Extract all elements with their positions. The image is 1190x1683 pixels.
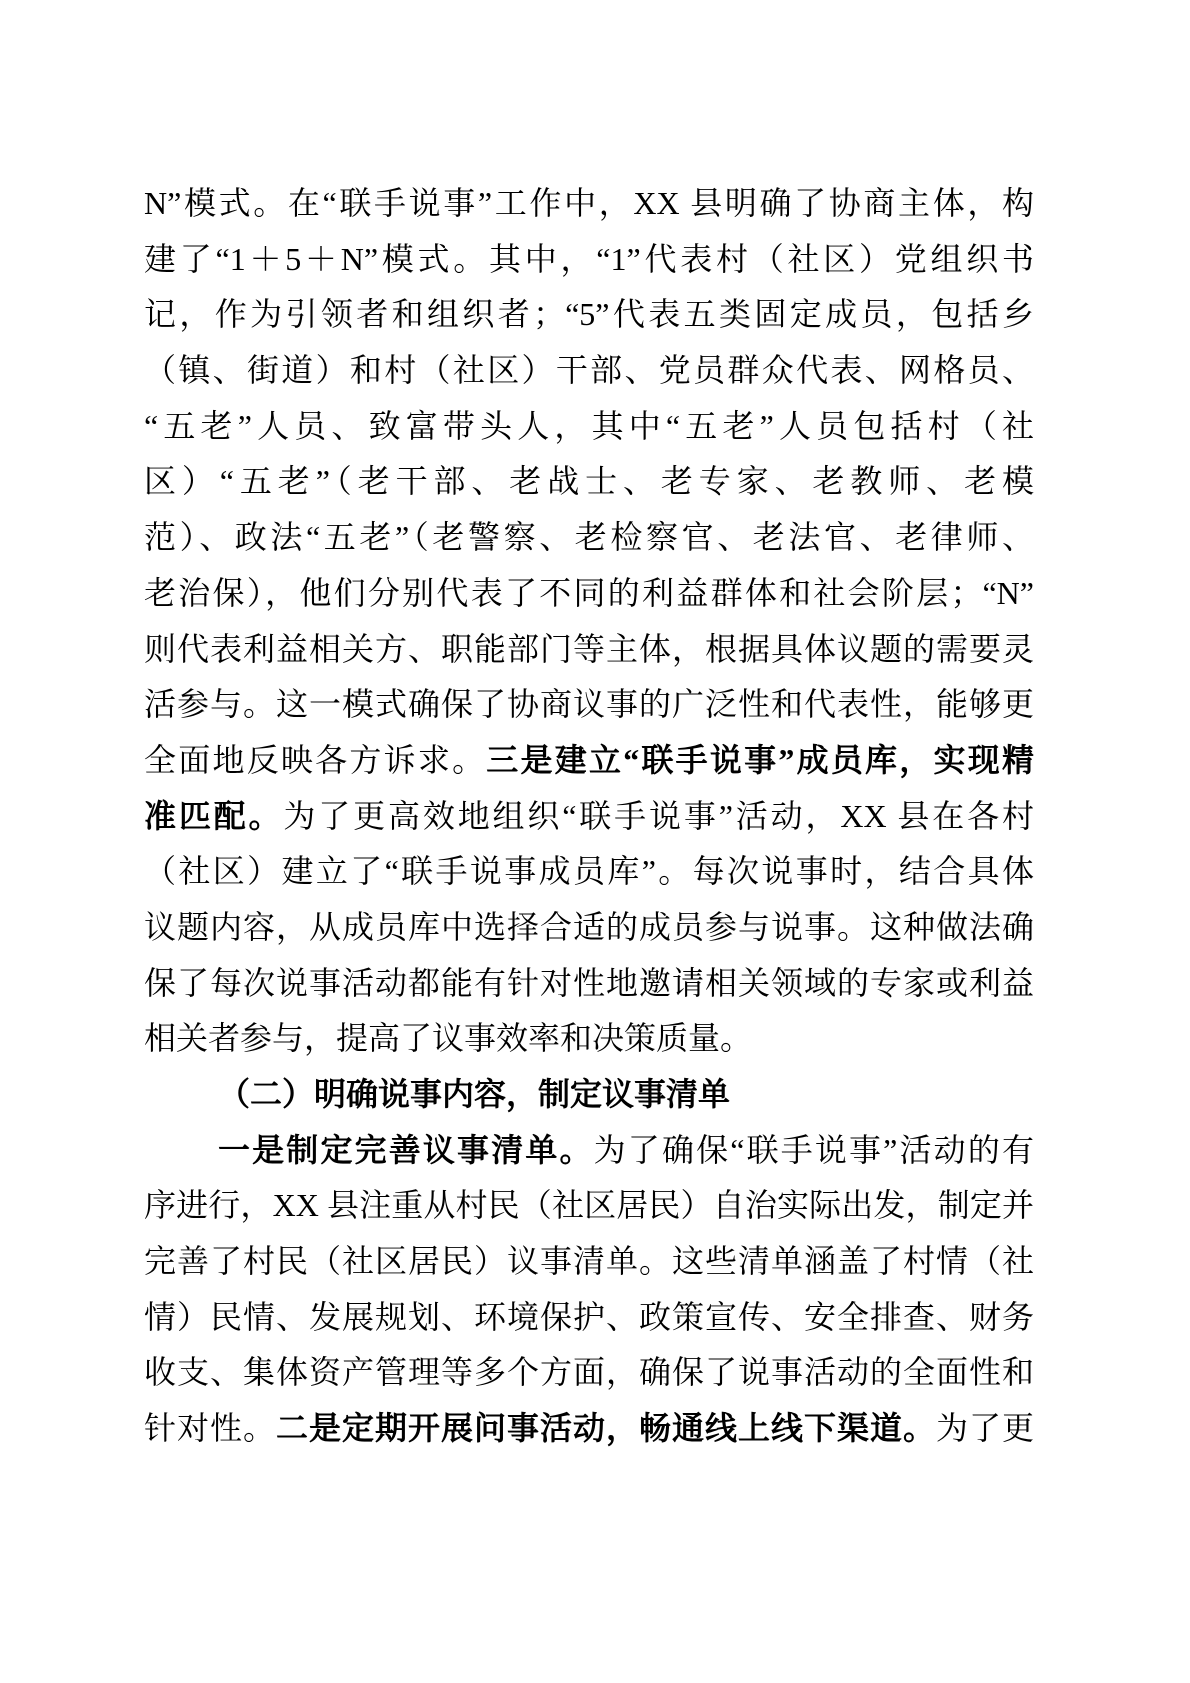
text-line: 建了“1＋5＋N”模式。其中，“1”代表村（社区）党组织书 [144, 232, 1034, 288]
text-line: 议题内容，从成员库中选择合适的成员参与说事。这种做法确 [144, 900, 1034, 956]
text-line: （社区）建立了“联手说事成员库”。每次说事时，结合具体 [144, 844, 1034, 900]
text-segment: 老治保），他们分别代表了不同的利益群体和社会阶层；“N” [144, 575, 1034, 611]
text-line: 序进行，XX 县注重从村民（社区居民）自治实际出发，制定并 [144, 1178, 1034, 1234]
text-line: 活参与。这一模式确保了协商议事的广泛性和代表性，能够更 [144, 677, 1034, 733]
text-line: 则代表利益相关方、职能部门等主体，根据具体议题的需要灵 [144, 622, 1034, 678]
text-segment: 为了更 [936, 1410, 1034, 1446]
text-segment: 全面地反映各方诉求。 [144, 742, 486, 778]
text-segment: 序进行，XX 县注重从村民（社区居民）自治实际出发，制定并 [144, 1187, 1034, 1223]
text-line: “五老”人员、致富带头人，其中“五老”人员包括村（社 [144, 399, 1034, 455]
document-body: N”模式。在“联手说事”工作中，XX 县明确了协商主体，构建了“1＋5＋N”模式… [144, 176, 1034, 1457]
bold-text-segment: 二是定期开展问事活动，畅通线上线下渠道。 [276, 1410, 936, 1446]
text-line: 记，作为引领者和组织者；“5”代表五类固定成员，包括乡 [144, 287, 1034, 343]
text-segment: “五老”人员、致富带头人，其中“五老”人员包括村（社 [144, 408, 1034, 444]
text-line: 区）“五老”（老干部、老战士、老专家、老教师、老模 [144, 454, 1034, 510]
text-line: 准匹配。为了更高效地组织“联手说事”活动，XX 县在各村 [144, 789, 1034, 845]
bold-text-segment: （二）明确说事内容，制定议事清单 [218, 1076, 730, 1112]
text-segment: 议题内容，从成员库中选择合适的成员参与说事。这种做法确 [144, 909, 1034, 945]
text-segment: 为了确保“联手说事”活动的有 [594, 1132, 1034, 1168]
text-line: 全面地反映各方诉求。三是建立“联手说事”成员库，实现精 [144, 733, 1034, 789]
text-line: 范）、政法“五老”（老警察、老检察官、老法官、老律师、 [144, 510, 1034, 566]
text-line: 老治保），他们分别代表了不同的利益群体和社会阶层；“N” [144, 566, 1034, 622]
text-line: （镇、街道）和村（社区）干部、党员群众代表、网格员、 [144, 343, 1034, 399]
text-segment: 建了“1＋5＋N”模式。其中，“1”代表村（社区）党组织书 [144, 241, 1034, 277]
text-line: 保了每次说事活动都能有针对性地邀请相关领域的专家或利益 [144, 956, 1034, 1012]
text-segment: 记，作为引领者和组织者；“5”代表五类固定成员，包括乡 [144, 296, 1034, 332]
text-segment: 保了每次说事活动都能有针对性地邀请相关领域的专家或利益 [144, 965, 1034, 1001]
text-line: 一是制定完善议事清单。为了确保“联手说事”活动的有 [144, 1123, 1034, 1179]
text-line: （二）明确说事内容，制定议事清单 [144, 1067, 1034, 1123]
bold-text-segment: 准匹配。 [144, 798, 283, 834]
text-segment: 活参与。这一模式确保了协商议事的广泛性和代表性，能够更 [144, 686, 1034, 722]
text-segment: 则代表利益相关方、职能部门等主体，根据具体议题的需要灵 [144, 631, 1034, 667]
text-segment: N”模式。在“联手说事”工作中，XX 县明确了协商主体，构 [144, 185, 1034, 221]
bold-text-segment: 一是制定完善议事清单。 [218, 1132, 594, 1168]
text-segment: （社区）建立了“联手说事成员库”。每次说事时，结合具体 [144, 853, 1034, 889]
text-line: N”模式。在“联手说事”工作中，XX 县明确了协商主体，构 [144, 176, 1034, 232]
text-segment: 区）“五老”（老干部、老战士、老专家、老教师、老模 [144, 463, 1034, 499]
text-segment: 相关者参与，提高了议事效率和决策质量。 [144, 1020, 752, 1056]
text-line: 情）民情、发展规划、环境保护、政策宣传、安全排查、财务 [144, 1290, 1034, 1346]
document-page: N”模式。在“联手说事”工作中，XX 县明确了协商主体，构建了“1＋5＋N”模式… [0, 0, 1190, 1683]
bold-text-segment: 三是建立“联手说事”成员库，实现精 [486, 742, 1034, 778]
text-segment: 为了更高效地组织“联手说事”活动，XX 县在各村 [283, 798, 1034, 834]
text-segment: 情）民情、发展规划、环境保护、政策宣传、安全排查、财务 [144, 1299, 1034, 1335]
text-segment: 范）、政法“五老”（老警察、老检察官、老法官、老律师、 [144, 519, 1034, 555]
text-segment: 完善了村民（社区居民）议事清单。这些清单涵盖了村情（社 [144, 1243, 1034, 1279]
text-segment: 针对性。 [144, 1410, 276, 1446]
text-segment: 收支、集体资产管理等多个方面，确保了说事活动的全面性和 [144, 1354, 1034, 1390]
text-line: 相关者参与，提高了议事效率和决策质量。 [144, 1011, 1034, 1067]
text-line: 收支、集体资产管理等多个方面，确保了说事活动的全面性和 [144, 1345, 1034, 1401]
text-line: 针对性。二是定期开展问事活动，畅通线上线下渠道。为了更 [144, 1401, 1034, 1457]
text-segment: （镇、街道）和村（社区）干部、党员群众代表、网格员、 [144, 352, 1034, 388]
text-line: 完善了村民（社区居民）议事清单。这些清单涵盖了村情（社 [144, 1234, 1034, 1290]
